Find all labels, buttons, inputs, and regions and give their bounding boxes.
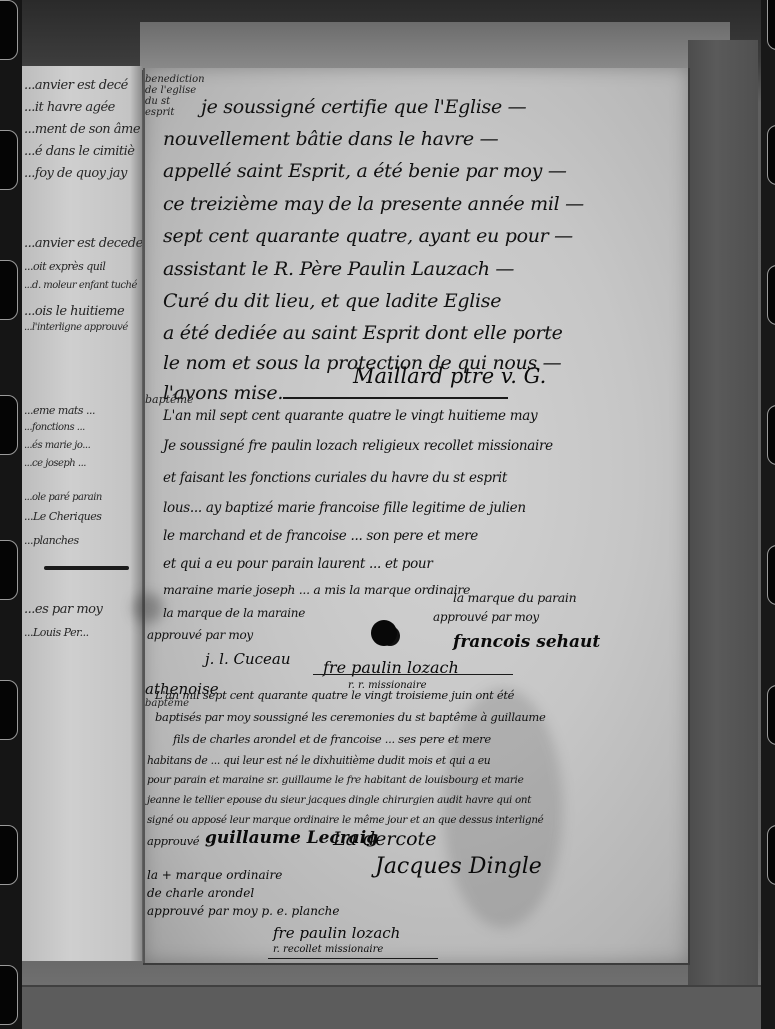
entry2-line: L'an mil sept cent quarante quatre le vi… xyxy=(163,408,537,424)
signature-recollet: r. recollet missionaire xyxy=(273,944,383,955)
signature-maillard: Maillard ptre v. G. xyxy=(353,364,546,388)
book-bottom-edge xyxy=(22,985,761,1029)
entry3-line: baptisés par moy soussigné les ceremonie… xyxy=(155,710,545,724)
sprocket-hole xyxy=(767,0,775,50)
entry2-line: Je soussigné fre paulin lozach religieux… xyxy=(163,438,553,454)
entry1-line: nouvellement bâtie dans le havre — xyxy=(163,128,498,150)
entry1-line: je soussigné certifie que l'Eglise — xyxy=(201,96,526,118)
entry2-line: approuvé par moy xyxy=(433,610,539,624)
entry1-line: ce treizième may de la presente année mi… xyxy=(163,193,584,215)
entry1-line: Curé du dit lieu, et que ladite Eglise xyxy=(163,290,501,312)
entry3-line: fils de charles arondel et de francoise … xyxy=(173,732,491,746)
sprocket-hole xyxy=(767,545,775,605)
left-page-line: ...é dans le cimitiè xyxy=(24,144,134,159)
entry3-line: approuvé xyxy=(147,834,199,848)
approval-planche: approuvé par moy p. e. planche xyxy=(147,904,339,918)
left-page-line: ...d. moleur enfant tuché xyxy=(24,280,137,291)
left-page-line: ...it havre agée xyxy=(24,100,115,115)
mark-arondel: la + marque ordinaire xyxy=(147,868,282,882)
entry2-line: lous... ay baptizé marie francoise fille… xyxy=(163,500,526,516)
sprocket-hole xyxy=(0,540,18,600)
left-page-line: ...Le Cheriques xyxy=(24,510,101,523)
entry3-line: pour parain et maraine sr. guillaume le … xyxy=(147,774,524,786)
entry1-line: appellé saint Esprit, a été benie par mo… xyxy=(163,160,567,182)
sprocket-hole xyxy=(0,395,18,455)
entry2-line: et qui a eu pour parain laurent ... et p… xyxy=(163,556,432,572)
sprocket-hole xyxy=(767,405,775,465)
left-page-line: ...ment de son âme xyxy=(24,122,140,137)
left-page: ...anvier est decé ...it havre agée ...m… xyxy=(22,66,142,961)
film-strip-right xyxy=(761,0,775,1029)
ink-blot xyxy=(371,620,397,646)
signature-ladercote: La dercote xyxy=(333,828,436,850)
register-page: benediction de l'eglise du st esprit je … xyxy=(143,68,690,965)
signature-underline xyxy=(313,674,513,675)
left-page-line: ...oit exprès quil xyxy=(24,260,105,273)
margin-note-benediction: benediction de l'eglise du st esprit xyxy=(145,74,205,118)
entry3-line: habitans de ... qui leur est né le dixhu… xyxy=(147,754,490,767)
book-top-edge xyxy=(140,22,730,73)
signature-lozach-2: fre paulin lozach xyxy=(273,924,400,942)
sprocket-hole xyxy=(0,680,18,740)
left-page-line: ...és marie jo... xyxy=(24,440,90,451)
mark-arondel-name: de charle arondel xyxy=(147,886,254,900)
entry2-line: la marque de la maraine xyxy=(163,606,305,620)
entry2-line: la marque du parain xyxy=(453,590,576,605)
entry1-line: sept cent quarante quatre, ayant eu pour… xyxy=(163,225,573,247)
stain xyxy=(443,688,563,928)
left-page-line: ...ce joseph ... xyxy=(24,458,86,469)
film-strip-left xyxy=(0,0,22,1029)
signature-sehaut: francois sehaut xyxy=(453,632,600,652)
entry2-line: et faisant les fonctions curiales du hav… xyxy=(163,470,507,486)
left-page-line: ...anvier est decede xyxy=(24,236,142,251)
signature-dingle: Jacques Dingle xyxy=(375,854,542,879)
entry3-line: signé ou apposé leur marque ordinaire le… xyxy=(147,814,543,826)
left-page-line: ...anvier est decé xyxy=(24,78,128,93)
signature-underline xyxy=(283,397,508,399)
sprocket-hole xyxy=(0,825,18,885)
entry3-line: jeanne le tellier epouse du sieur jacque… xyxy=(147,794,531,806)
left-page-line: ...ole paré parain xyxy=(24,492,102,503)
sprocket-hole xyxy=(0,0,18,60)
sprocket-hole xyxy=(0,130,18,190)
sprocket-hole xyxy=(767,685,775,745)
entry2-line: approuvé par moy xyxy=(147,628,253,642)
entry1-line: a été dediée au saint Esprit dont elle p… xyxy=(163,322,563,344)
book-right-edge xyxy=(688,40,758,1000)
stain xyxy=(133,593,163,623)
sprocket-hole xyxy=(767,265,775,325)
left-page-line: ...foy de quoy jay xyxy=(24,166,127,181)
ink-stroke xyxy=(44,566,129,570)
left-page-line: ...es par moy xyxy=(24,602,102,617)
left-page-line: ...fonctions ... xyxy=(24,422,85,433)
entry2-line: le marchand et de francoise ... son pere… xyxy=(163,528,478,544)
left-page-line: ...l'interligne approuvé xyxy=(24,322,128,333)
left-page-line: ...Louis Per... xyxy=(24,626,89,639)
entry1-line: assistant le R. Père Paulin Lauzach — xyxy=(163,258,514,280)
signature-cuceau: j. l. Cuceau xyxy=(205,650,291,668)
entry3-line: L'an mil sept cent quarante quatre le vi… xyxy=(155,688,514,702)
margin-note-bapteme: baptême xyxy=(145,394,194,405)
sprocket-hole xyxy=(0,260,18,320)
left-page-line: ...eme mats ... xyxy=(24,404,95,417)
sprocket-hole xyxy=(0,965,18,1025)
entry2-line: maraine marie joseph ... a mis la marque… xyxy=(163,582,470,597)
sprocket-hole xyxy=(767,825,775,885)
signature-underline xyxy=(268,958,438,959)
left-page-line: ...planches xyxy=(24,534,79,547)
left-page-line: ...ois le huitieme xyxy=(24,304,124,319)
sprocket-hole xyxy=(767,125,775,185)
margin-rule xyxy=(143,68,145,963)
